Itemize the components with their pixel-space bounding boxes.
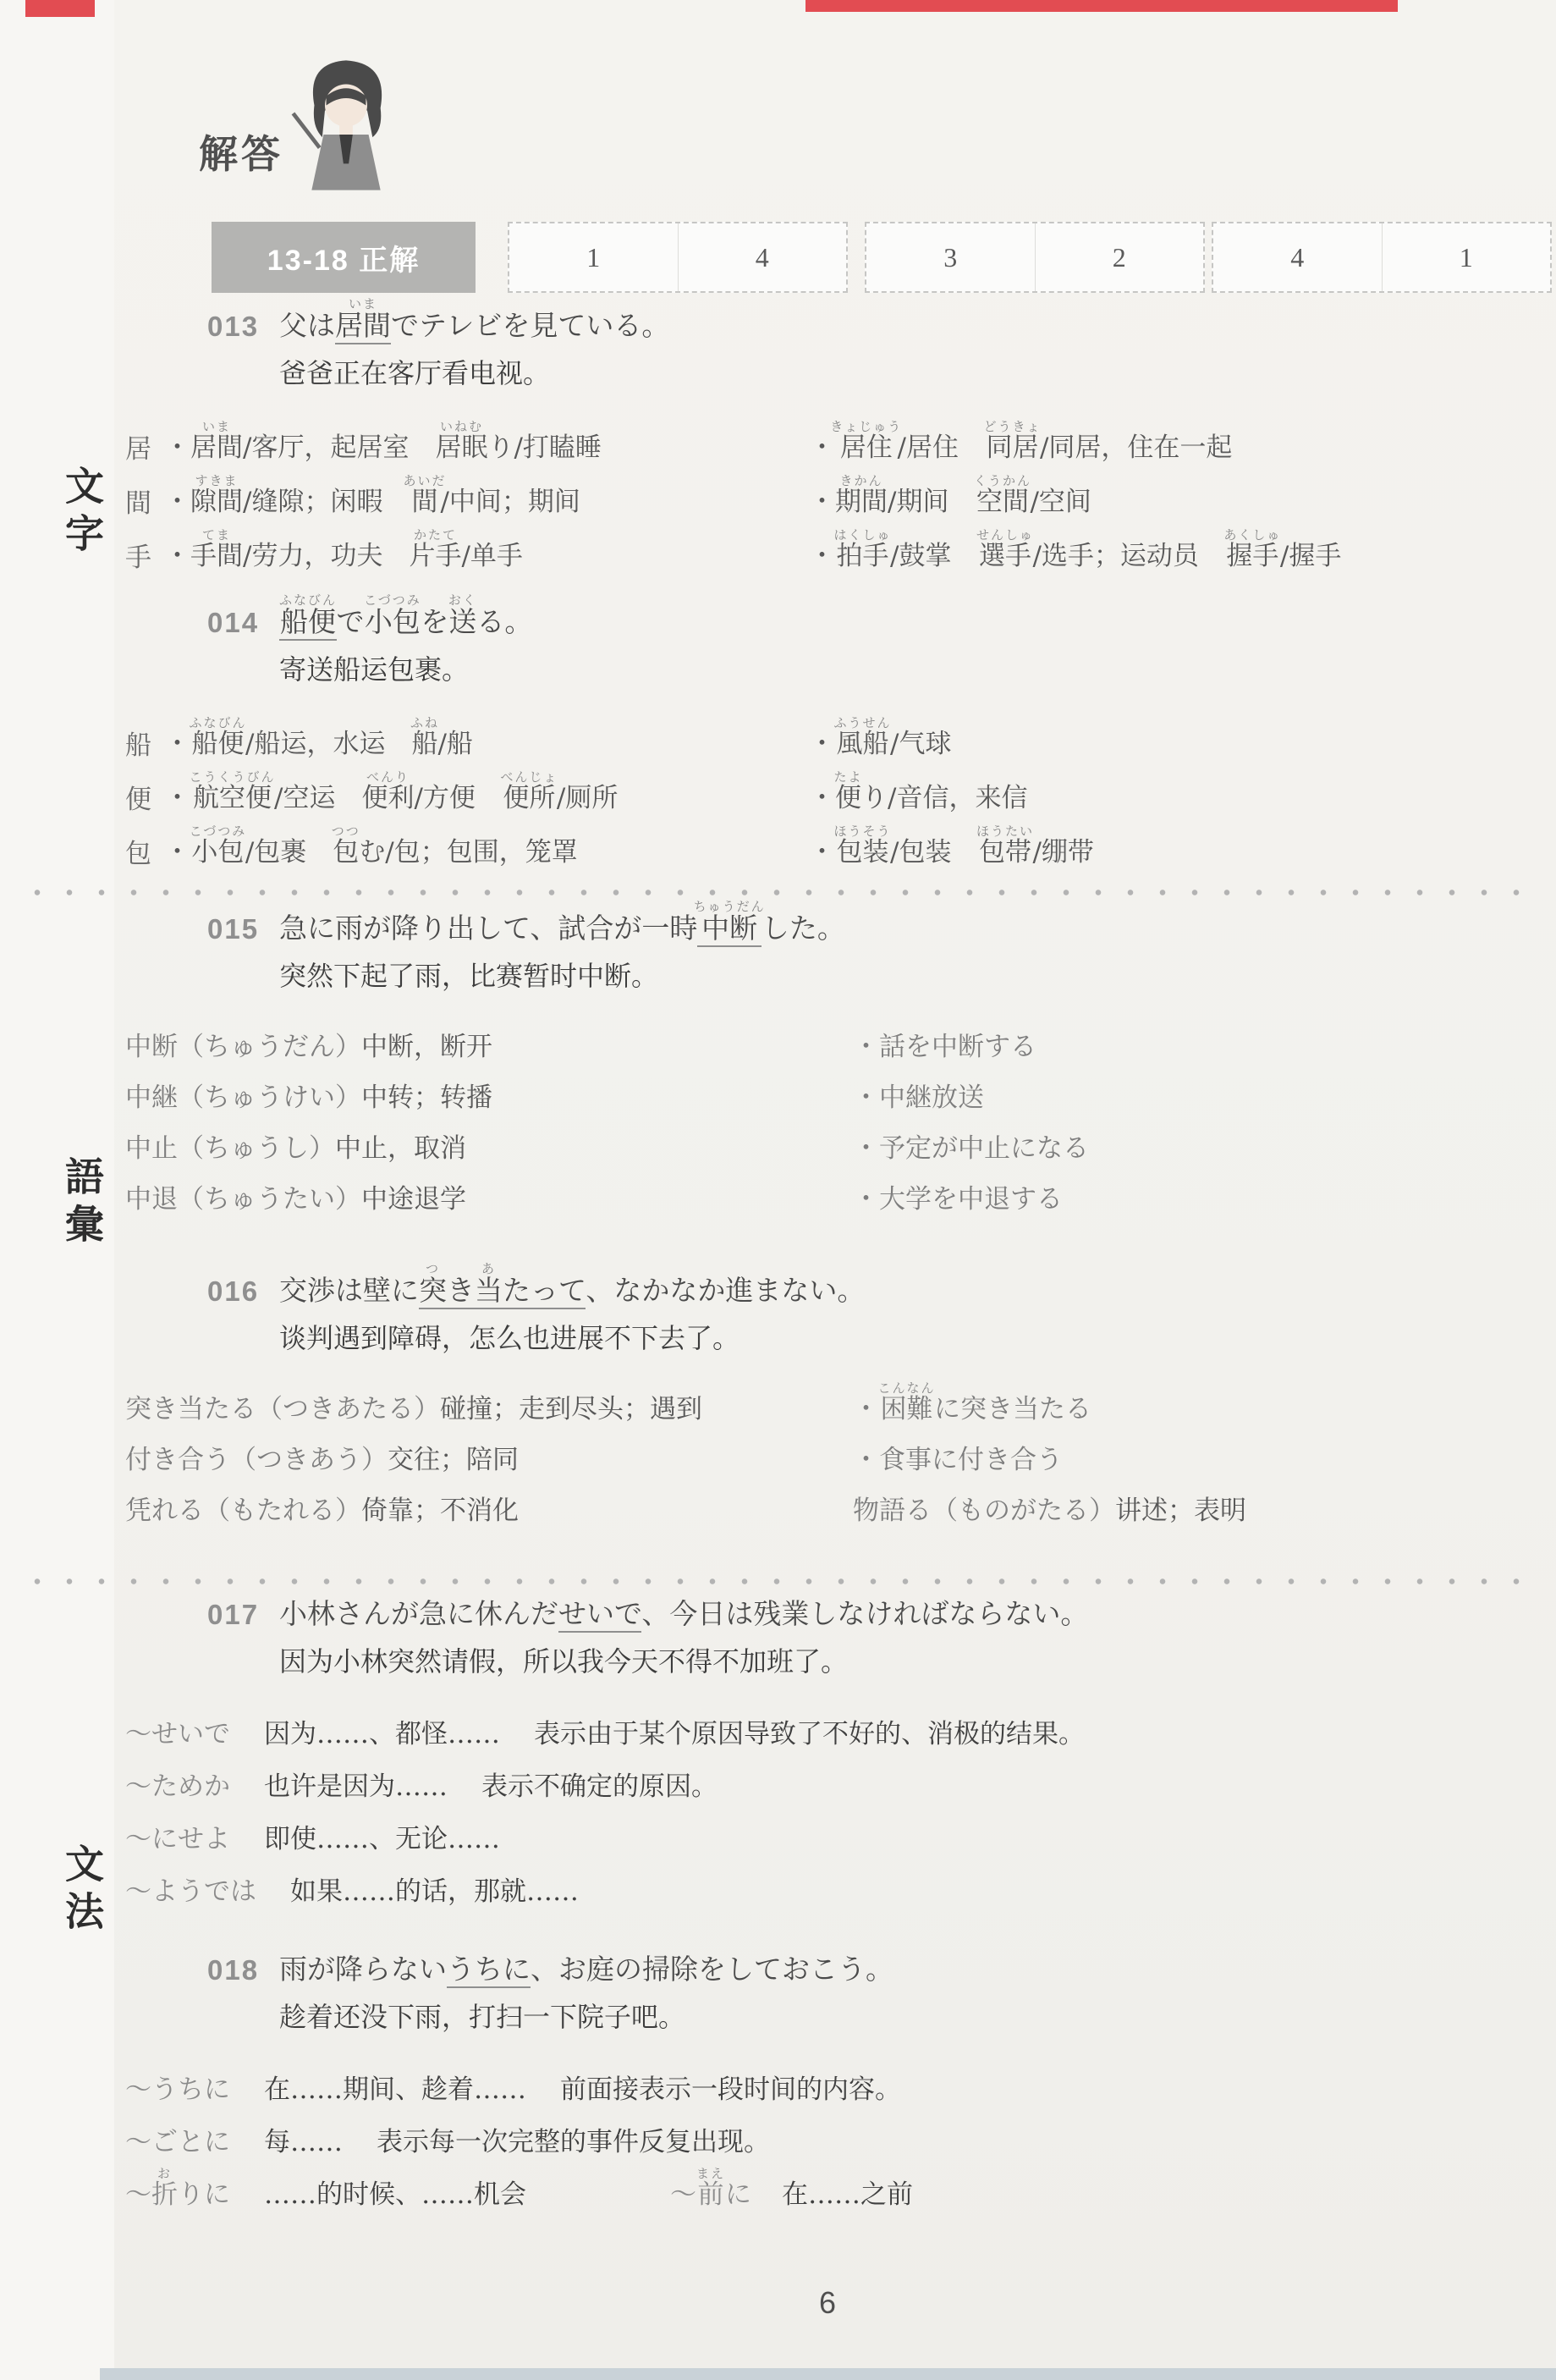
section-number: 013 (207, 311, 279, 342)
vocab-left: 中断（ちゅうだん）中断，断开 (125, 1033, 853, 1063)
section-017: 017 小林さんが急に休んだせいで、今日は残業しなければならない。 因为小林突然… (0, 1584, 1556, 1908)
grammar-row: ～うちに在……期间、趁着……前面接表示一段时间的内容。 (0, 2053, 1556, 2106)
vocab-left: ・船便ふなびん/船运，水运 船ふね/船 (164, 715, 809, 760)
answer-cell: 1 (1382, 223, 1551, 291)
kanji-head: 居 (125, 435, 164, 464)
vocab-row: 中止（ちゅうし）中止，取消 ・予定が中止になる (0, 1114, 1556, 1165)
answer-cell: 1 (509, 223, 678, 291)
section-013: 013 父は居間いまでテレビを見ている。 爸爸正在客厅看电视。 居 ・居間いま/… (0, 296, 1556, 572)
section-number: 014 (207, 608, 279, 638)
vocab-row: 付き合う（つきあう）交往；陪同 ・食事に付き合う (0, 1425, 1556, 1476)
vocab-left: 付き合う（つきあう）交往；陪同 (125, 1446, 853, 1476)
sentence-translation: 寄送船运包裹。 (0, 653, 1556, 692)
example-sentence: 急に雨が降り出して、試合が一時中断ちゅうだんした。 (279, 899, 845, 945)
textbook-page: 解答 13-18 正解 1 4 3 2 4 1 文字 語彙 文法 013 父は居… (0, 0, 1556, 2380)
section-number: 015 (207, 914, 279, 945)
vocab-right: ・拍手はくしゅ/鼓掌 選手せんしゅ/选手；运动员 握手あくしゅ/握手 (809, 527, 1556, 572)
grammar-row: ～にせよ即使……、无论…… (0, 1803, 1556, 1855)
grammar-row: ～せいで因为……、都怪……表示由于某个原因导致了不好的、消极的结果。 (0, 1698, 1556, 1750)
vocab-left: ・小包こづつみ/包裹 包つつむ/包；包围，笼罩 (164, 824, 809, 868)
vocab-right: ・包装ほうそう/包装 包帯ほうたい/绷带 (809, 824, 1556, 868)
vocab-right: ・便たより/音信，来信 (809, 769, 1556, 814)
vocab-row: 中退（ちゅうたい）中途退学 ・大学を中退する (0, 1165, 1556, 1215)
vocab-row: 便 ・航空便こうくうびん/空运 便利べんり/方便 便所べんじょ/厕所 ・便たより… (0, 760, 1556, 814)
kanji-head: 船 (125, 731, 164, 760)
kanji-head: 便 (125, 785, 164, 814)
example-sentence: 父は居間いまでテレビを見ている。 (279, 296, 669, 342)
answer-box: 3 2 (865, 222, 1205, 293)
vocab-right: ・大学を中退する (853, 1185, 1556, 1215)
answer-box: 4 1 (1212, 222, 1552, 293)
vocab-row: 突き当たる（つきあたる）碰撞；走到尽头；遇到 ・困難こんなんに突き当たる (0, 1375, 1556, 1425)
vocab-row: 中断（ちゅうだん）中断，断开 ・話を中断する (0, 1012, 1556, 1063)
vocab-right: ・食事に付き合う (853, 1446, 1556, 1476)
section-018: 018 雨が降らないうちに、お庭の掃除をしておこう。 趁着还没下雨，打扫一下院子… (0, 1940, 1556, 2211)
example-sentence: 交渉は壁に突つき当あたって、なかなか進まない。 (279, 1261, 865, 1307)
answer-cell: 3 (866, 223, 1035, 291)
answer-cell: 4 (1213, 223, 1382, 291)
vocab-row: 凭れる（もたれる）倚靠；不消化 物語る（ものがたる）讲述；表明 (0, 1476, 1556, 1527)
vocab-right: ・困難こんなんに突き当たる (853, 1380, 1556, 1425)
answer-key-row: 13-18 正解 1 4 3 2 4 1 (0, 222, 1556, 293)
vocab-row: 間 ・隙間すきま/缝隙；闲暇 間あいだ/中间；期间 ・期間きかん/期间 空間くう… (0, 464, 1556, 518)
vocab-row: 居 ・居間いま/客厅，起居室 居眠いねむり/打瞌睡 ・居住きょじゅう/居住 同居… (0, 410, 1556, 464)
vocab-row: 包 ・小包こづつみ/包裹 包つつむ/包；包围，笼罩 ・包装ほうそう/包装 包帯ほ… (0, 814, 1556, 868)
bottom-edge-bar (100, 2368, 1556, 2380)
sentence-translation: 谈判遇到障碍，怎么也进展不下去了。 (0, 1322, 1556, 1361)
vocab-right: 物語る（ものがたる）讲述；表明 (853, 1496, 1556, 1527)
grammar-row: ～ようでは如果……的话，那就…… (0, 1855, 1556, 1908)
vocab-row: 中継（ちゅうけい）中转；转播 ・中継放送 (0, 1063, 1556, 1114)
section-014: 014 船便ふなびんで小包こづつみを送おくる。 寄送船运包裹。 船 ・船便ふなび… (0, 592, 1556, 868)
sentence-translation: 突然下起了雨，比赛暂时中断。 (0, 960, 1556, 999)
kanji-head: 間 (125, 489, 164, 518)
answer-box: 1 4 (508, 222, 848, 293)
vocab-right: ・期間きかん/期间 空間くうかん/空间 (809, 473, 1556, 518)
sentence-translation: 因为小林突然请假，所以我今天不得不加班了。 (0, 1645, 1556, 1684)
vocab-left: ・隙間すきま/缝隙；闲暇 間あいだ/中间；期间 (164, 473, 809, 518)
sentence-translation: 爸爸正在客厅看电视。 (0, 357, 1556, 396)
vocab-left: ・居間いま/客厅，起居室 居眠いねむり/打瞌睡 (164, 419, 809, 464)
section-number: 016 (207, 1276, 279, 1307)
vocab-right: ・風船ふうせん/气球 (809, 715, 1556, 760)
vocab-left: ・手間てま/劳力，功夫 片手かたて/单手 (164, 527, 809, 572)
girl-illustration (279, 52, 413, 198)
top-right-red-bar (805, 0, 1398, 12)
vocab-right: ・予定が中止になる (853, 1134, 1556, 1165)
dotted-separator (21, 889, 1537, 896)
kanji-head: 手 (125, 543, 164, 572)
vocab-left: 中退（ちゅうたい）中途退学 (125, 1185, 853, 1215)
vocab-row: 船 ・船便ふなびん/船运，水运 船ふね/船 ・風船ふうせん/气球 (0, 706, 1556, 760)
top-left-red-bar (25, 0, 95, 17)
kanji-head: 包 (125, 840, 164, 868)
vocab-right: ・中継放送 (853, 1083, 1556, 1114)
vocab-left: 中継（ちゅうけい）中转；转播 (125, 1083, 853, 1114)
example-sentence: 小林さんが急に休んだせいで、今日は残業しなければならない。 (279, 1598, 1088, 1630)
page-title: 解答 (199, 124, 283, 179)
vocab-left: 中止（ちゅうし）中止，取消 (125, 1134, 853, 1165)
vocab-right: ・居住きょじゅう/居住 同居どうきょ/同居，住在一起 (809, 419, 1556, 464)
answer-key-label: 13-18 正解 (212, 222, 476, 293)
vocab-left: 凭れる（もたれる）倚靠；不消化 (125, 1496, 853, 1527)
answer-cell: 4 (678, 223, 847, 291)
example-sentence: 船便ふなびんで小包こづつみを送おくる。 (279, 592, 532, 638)
section-016: 016 交渉は壁に突つき当あたって、なかなか進まない。 谈判遇到障碍，怎么也进展… (0, 1261, 1556, 1527)
sentence-translation: 趁着还没下雨，打扫一下院子吧。 (0, 2001, 1556, 2040)
vocab-left: 突き当たる（つきあたる）碰撞；走到尽头；遇到 (125, 1395, 853, 1425)
vocab-right: ・話を中断する (853, 1033, 1556, 1063)
grammar-row: ～折おりに……的时候、……机会～前まえに在……之前 (0, 2158, 1556, 2211)
section-number: 017 (207, 1600, 279, 1630)
example-sentence: 雨が降らないうちに、お庭の掃除をしておこう。 (279, 1953, 893, 1986)
answer-cell: 2 (1035, 223, 1204, 291)
grammar-row: ～ためか也许是因为……表示不确定的原因。 (0, 1750, 1556, 1803)
vocab-row: 手 ・手間てま/劳力，功夫 片手かたて/单手 ・拍手はくしゅ/鼓掌 選手せんしゅ… (0, 518, 1556, 572)
grammar-row: ～ごとに每……表示每一次完整的事件反复出现。 (0, 2106, 1556, 2158)
section-number: 018 (207, 1955, 279, 1986)
page-number: 6 (819, 2285, 836, 2321)
vocab-left: ・航空便こうくうびん/空运 便利べんり/方便 便所べんじょ/厕所 (164, 769, 809, 814)
section-015: 015 急に雨が降り出して、試合が一時中断ちゅうだんした。 突然下起了雨，比赛暂… (0, 899, 1556, 1215)
